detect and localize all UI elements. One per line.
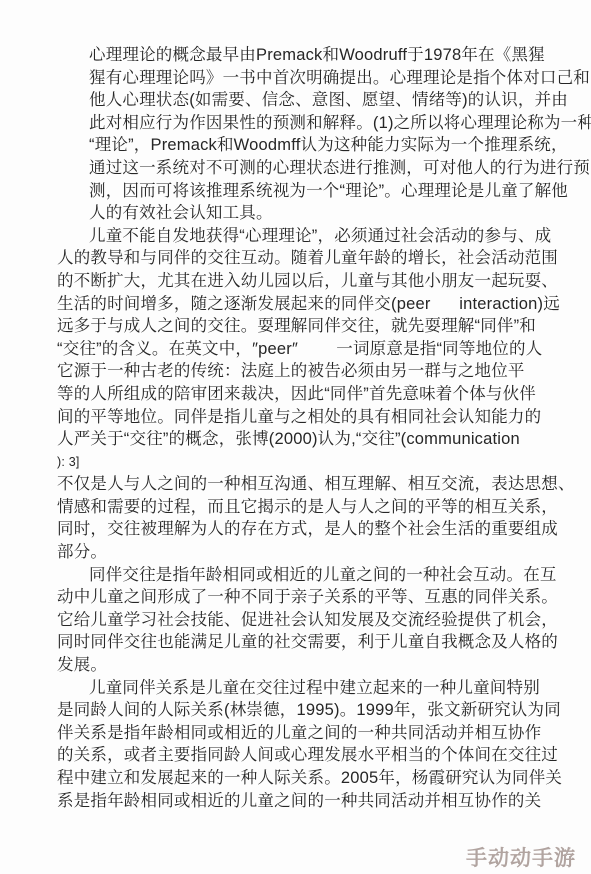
text-line: 他人心理状态(如需要、信念、意图、愿望、情绪等)的认识，并由 xyxy=(57,89,557,112)
text-line: 情感和需要的过程，而且它揭示的是人与人之间的平等的相互关系， xyxy=(57,496,557,519)
text-line: 同时，交往被理解为人的存在方式，是人的整个社会生活的重要组成 xyxy=(57,518,557,541)
text-line: 它给儿童学习社会技能、促进社会认知发展及交流经验提供了机会， xyxy=(57,609,557,632)
watermark: 手动动手游 xyxy=(466,842,576,872)
text-line: 动中儿童之间形成了一种不同于亲子关系的平等、互惠的同伴关系。 xyxy=(57,586,557,609)
text-line: 心理理论的概念最早由Premack和Woodruff于1978年在《黑猩 xyxy=(57,44,557,67)
text-line: 儿童不能自发地获得“心理理论”，必须通过社会活动的参与、成 xyxy=(57,225,557,248)
text-line: 测，因而可将该推理系统视为一个“理论”。心理理论是儿童了解他 xyxy=(57,180,557,203)
text-line: “交往”的含义。在英文中，″peer″ 一词原意是指“同等地位的人 xyxy=(57,338,557,361)
text-line: 间的平等地位。同伴是指儿童与之相处的具有相同社会认知能力的 xyxy=(57,406,557,429)
text-line: 程中建立和发展起来的一种人际关系。2005年，杨霞研究认为同伴关 xyxy=(57,767,557,790)
text-line: 等的人所组成的陪审团来裁决，因此“同伴”首先意味着个体与伙伴 xyxy=(57,383,557,406)
text-line: 同伴交往是指年龄相同或相近的儿童之间的一种社会互动。在互 xyxy=(57,564,557,587)
text-line: 的不断扩大，尤其在进入幼儿园以后，儿童与其他小朋友一起玩耍、 xyxy=(57,270,557,293)
text-block: 心理理论的概念最早由Premack和Woodruff于1978年在《黑猩猩有心理… xyxy=(57,44,557,812)
text-line: 猩有心理理论吗》一书中首次明确提出。心理理论是指个体对口己和 xyxy=(57,67,557,90)
document-page: { "document": { "colors": { "background"… xyxy=(0,0,591,874)
text-line: ): 3] xyxy=(57,451,557,474)
text-line: 是同龄人间的人际关系(林崇德，1995)。1999年，张文新研究认为同 xyxy=(57,699,557,722)
text-line: “理论”，Premack和Woodmff认为这种能力实际为一个推理系统， xyxy=(57,134,557,157)
text-line: 此对相应行为作因果性的预测和解释。(1)之所以将心理理论称为一种 xyxy=(57,112,557,135)
text-line: 部分。 xyxy=(57,541,557,564)
text-line: 人的教导和与同伴的交往互动。随着儿童年龄的增长，社会活动范围 xyxy=(57,247,557,270)
text-line: 系是指年龄相同或相近的儿童之间的一种共同活动并相互协作的关 xyxy=(57,790,557,813)
text-line: 远多于与成人之间的交往。耍理解同伴交往，就先耍理解“同伴”和 xyxy=(57,315,557,338)
text-line: 人的有效社会认知工具。 xyxy=(57,202,557,225)
text-line: 儿童同伴关系是儿童在交往过程中建立起来的一种儿童间特别 xyxy=(57,677,557,700)
text-line: 它源于一种古老的传统：法庭上的被告必须由另一群与之地位平 xyxy=(57,360,557,383)
text-line: 的关系，或者主要指同龄人间或心理发展水平相当的个体间在交往过 xyxy=(57,744,557,767)
text-line: 生活的时间增多，随之逐渐发展起来的同伴交(peer interaction)远 xyxy=(57,293,557,316)
text-line: 发展。 xyxy=(57,654,557,677)
text-line: 同时同伴交往也能满足儿童的社交需要，利于儿童自我概念及人格的 xyxy=(57,631,557,654)
text-line: 人严关于“交往”的概念，张博(2000)认为,“交往”(communicatio… xyxy=(57,428,557,451)
text-line: 伴关系是指年龄相同或相近的儿童之间的一种共同活动并相互协作 xyxy=(57,722,557,745)
page-background: 心理理论的概念最早由Premack和Woodruff于1978年在《黑猩猩有心理… xyxy=(0,0,591,874)
text-line: 通过这一系统对不可测的心理状态进行推测，可对他人的行为进行预 xyxy=(57,157,557,180)
text-line: 不仅是人与人之间的一种相互沟通、相互理解、相互交流，表达思想、 xyxy=(57,473,557,496)
